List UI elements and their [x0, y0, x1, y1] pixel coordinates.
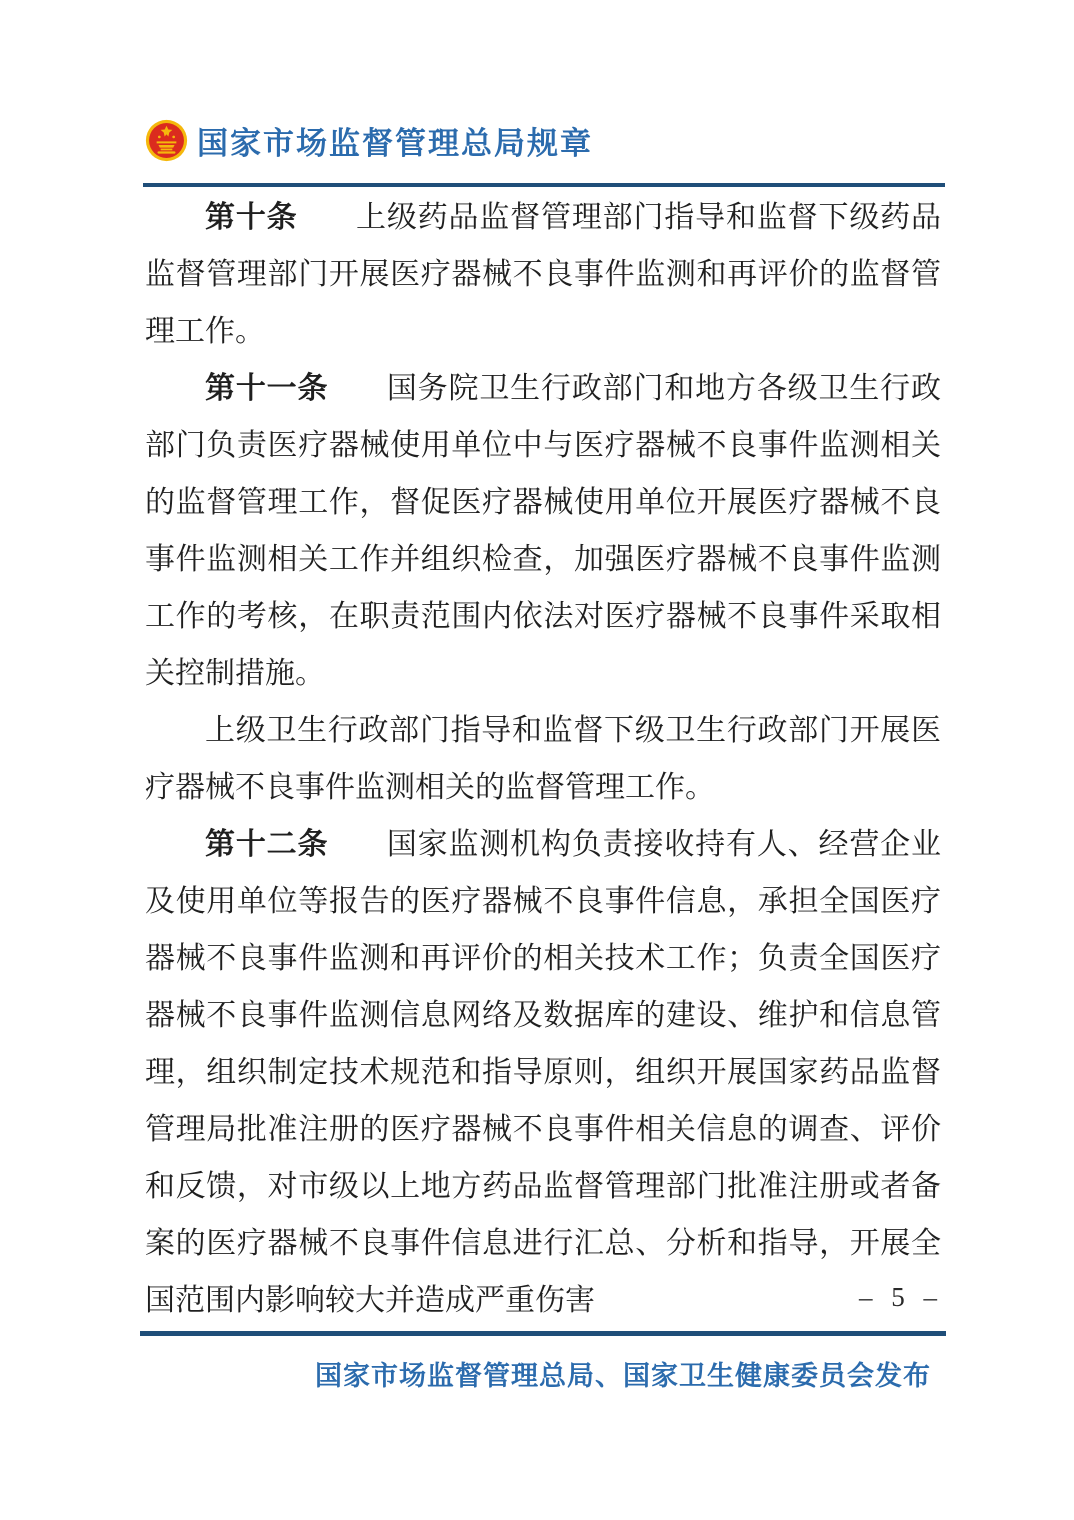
- article-text: 国务院卫生行政部门和地方各级卫生行政部门负责医疗器械使用单位中与医疗器械不良事件…: [145, 372, 941, 690]
- article-number: 第十二条: [205, 828, 328, 861]
- article-text: 上级卫生行政部门指导和监督下级卫生行政部门开展医疗器械不良事件监测相关的监督管理…: [145, 714, 941, 804]
- article-number: 第十条: [205, 201, 298, 234]
- article-paragraph: 第十条上级药品监督管理部门指导和监督下级药品监督管理部门开展医疗器械不良事件监测…: [145, 189, 941, 360]
- publisher-line: 国家市场监督管理总局、国家卫生健康委员会发布: [145, 1354, 937, 1393]
- page-header: 国家市场监督管理总局规章: [145, 116, 593, 164]
- header-divider: [143, 183, 945, 187]
- document-category-title: 国家市场监督管理总局规章: [197, 118, 593, 163]
- article-paragraph: 第十二条国家监测机构负责接收持有人、经营企业及使用单位等报告的医疗器械不良事件信…: [145, 816, 941, 1329]
- footer-divider: [140, 1331, 946, 1336]
- article-text: 国家监测机构负责接收持有人、经营企业及使用单位等报告的医疗器械不良事件信息，承担…: [145, 828, 941, 1317]
- article-paragraph: 上级卫生行政部门指导和监督下级卫生行政部门开展医疗器械不良事件监测相关的监督管理…: [145, 702, 941, 816]
- article-body: 第十条上级药品监督管理部门指导和监督下级药品监督管理部门开展医疗器械不良事件监测…: [145, 189, 941, 1329]
- article-number: 第十一条: [205, 372, 328, 405]
- article-paragraph: 第十一条国务院卫生行政部门和地方各级卫生行政部门负责医疗器械使用单位中与医疗器械…: [145, 360, 941, 702]
- page-number: – 5 –: [859, 1282, 943, 1313]
- national-emblem-icon: [145, 119, 188, 162]
- document-page: 国家市场监督管理总局规章 第十条上级药品监督管理部门指导和监督下级药品监督管理部…: [0, 0, 1074, 1520]
